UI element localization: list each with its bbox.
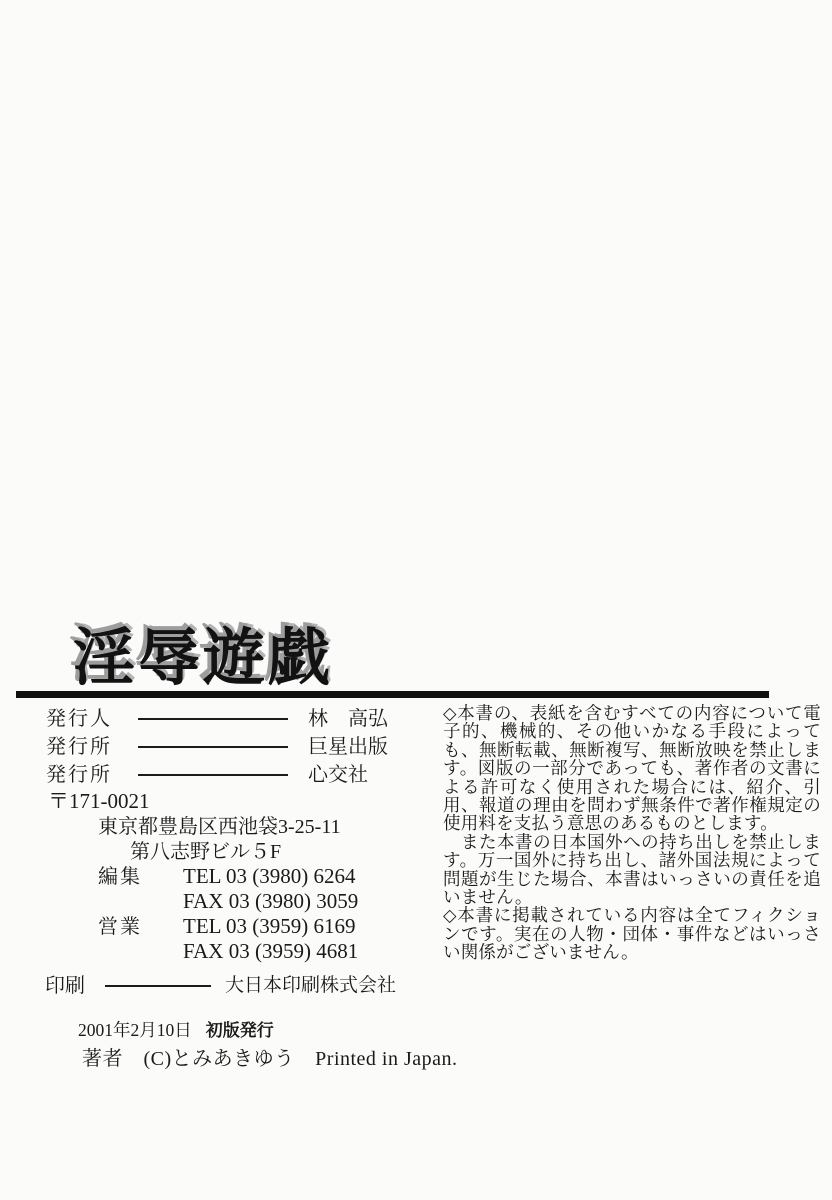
notice-paragraph: また本書の日本国外への持ち出しを禁止します。万一国外に持ち出し、諸外国法規によっ… <box>443 833 821 907</box>
printer-label: 印刷 <box>45 976 91 996</box>
contact-number: FAX 03 (3959) 4681 <box>183 941 358 962</box>
publisher-row-value: 林 高弘 <box>308 709 396 729</box>
postal-code: 〒171-0021 <box>48 789 396 814</box>
divider-rule <box>16 691 769 698</box>
publisher-row: 発行人 林 高弘 <box>46 705 396 733</box>
dept-label: 編集 <box>98 867 183 887</box>
contact-row: FAX 03 (3980) 3059 <box>46 889 396 914</box>
printer-row: 印刷 大日本印刷株式会社 <box>45 972 396 999</box>
dash-line <box>105 985 211 987</box>
edition-date: 2001年2月10日 <box>78 1020 192 1040</box>
contact-number: FAX 03 (3980) 3059 <box>183 891 358 912</box>
publisher-row-value: 巨星出版 <box>308 737 396 757</box>
contact-row: 編集 TEL 03 (3980) 6264 <box>46 864 396 889</box>
publisher-row: 発行所 巨星出版 <box>46 733 396 761</box>
dept-label: 営業 <box>98 917 183 937</box>
rights-notice-block: ◇本書の、表紙を含むすべての内容について電子的、機械的、その他いかなる手段によっ… <box>443 704 821 962</box>
publisher-row-value: 心交社 <box>308 765 396 785</box>
publisher-row-label: 発行所 <box>46 737 124 757</box>
contact-row: FAX 03 (3959) 4681 <box>46 939 396 964</box>
publisher-row-label: 発行所 <box>46 765 124 785</box>
printer-value: 大日本印刷株式会社 <box>225 976 396 995</box>
colophon-block: 発行人 林 高弘 発行所 巨星出版 発行所 心交社 〒171-0021 東京都豊… <box>46 705 396 999</box>
edition-label: 初版発行 <box>206 1021 274 1040</box>
dash-line <box>138 718 288 720</box>
address-line-2: 第八志野ビル５F <box>130 839 396 864</box>
notice-paragraph: ◇本書に掲載されている内容は全てフィクションです。実在の人物・団体・事件などはい… <box>443 906 821 961</box>
dash-line <box>138 746 288 748</box>
dash-line <box>138 774 288 776</box>
edition-line: 2001年2月10日初版発行 <box>78 1016 274 1042</box>
contact-number: TEL 03 (3959) 6169 <box>183 916 355 937</box>
notice-paragraph: ◇本書の、表紙を含むすべての内容について電子的、機械的、その他いかなる手段によっ… <box>443 704 821 833</box>
book-title: 淫辱遊戯 <box>73 608 333 697</box>
publisher-row-label: 発行人 <box>46 709 124 729</box>
address-line-1: 東京都豊島区西池袋3-25-11 <box>98 814 396 839</box>
contact-row: 営業 TEL 03 (3959) 6169 <box>46 914 396 939</box>
contact-number: TEL 03 (3980) 6264 <box>183 866 355 887</box>
publisher-row: 発行所 心交社 <box>46 761 396 789</box>
scanned-colophon-page: 淫辱遊戯 発行人 林 高弘 発行所 巨星出版 発行所 心交社 〒171-0021… <box>0 0 832 1200</box>
author-line: 著者 (C)とみあきゆう Printed in Japan. <box>82 1042 458 1071</box>
